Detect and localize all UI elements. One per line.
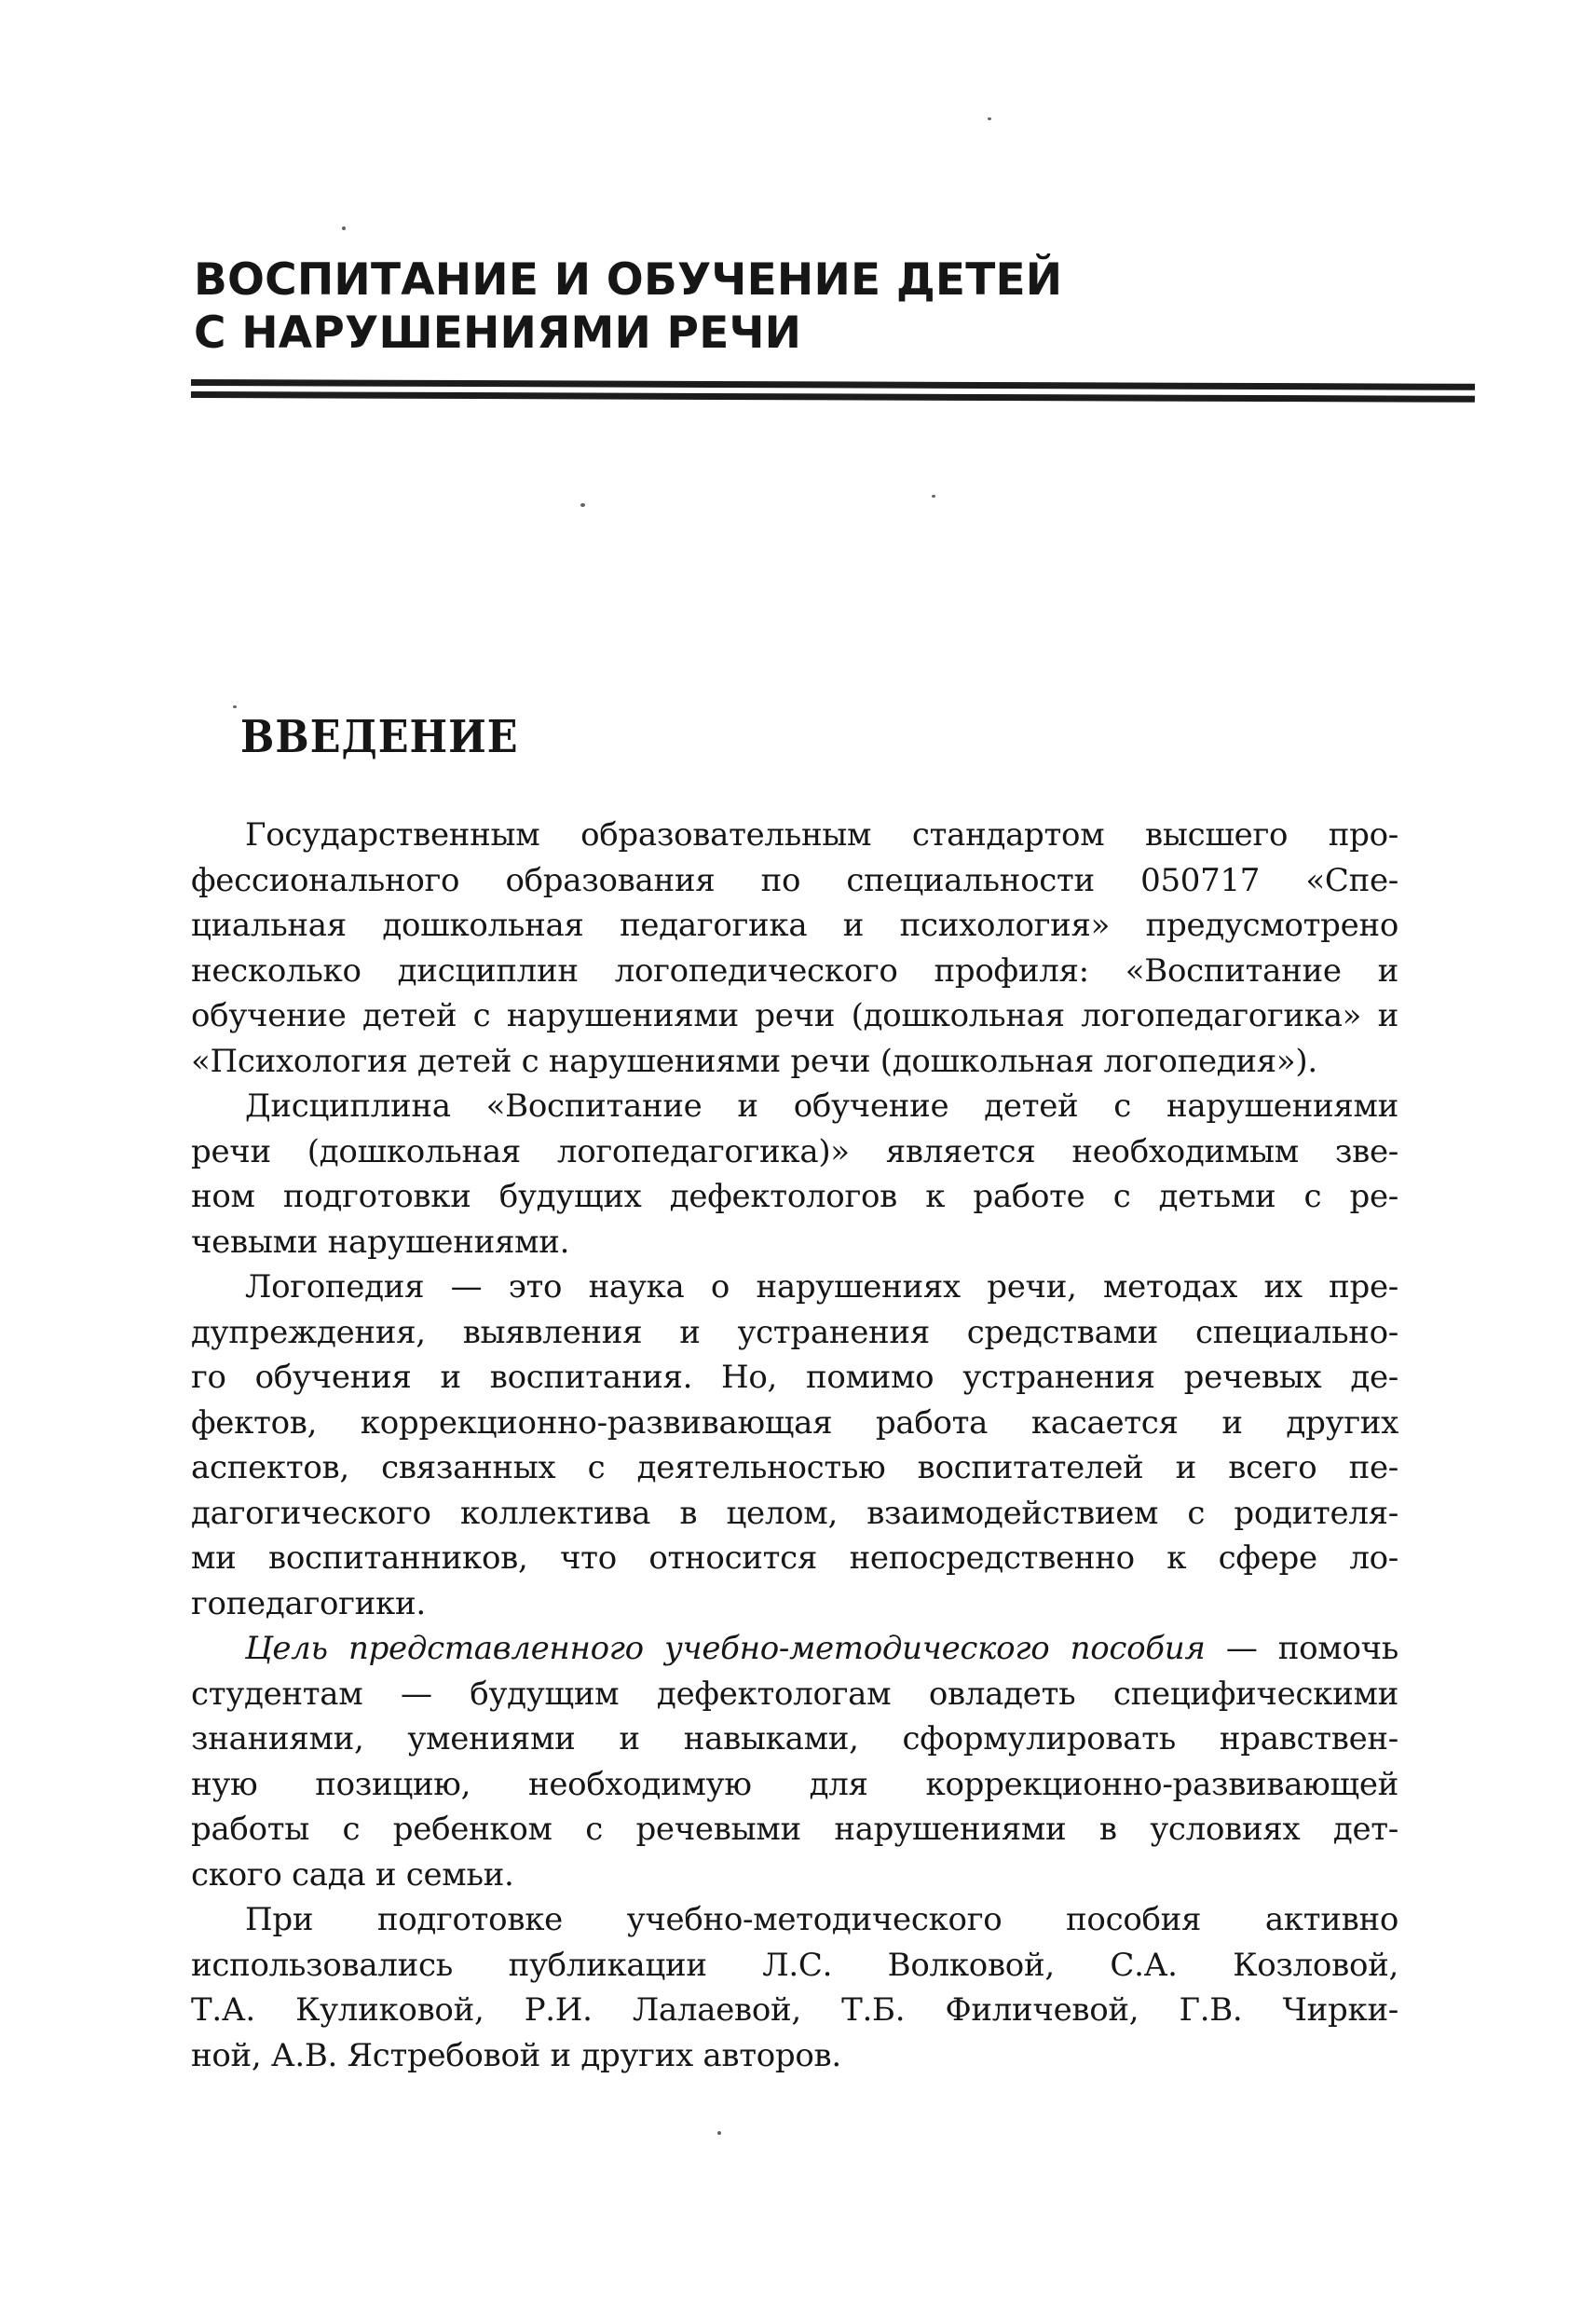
scan-speck — [717, 2131, 721, 2135]
text-segment: Логопедия — это наука о нарушениях речи,… — [245, 1268, 1398, 1306]
text-line: фессионального образования по специально… — [191, 858, 1398, 904]
text-line: Дисциплина «Воспитание и обучение детей … — [191, 1084, 1398, 1129]
text-segment: ми воспитанников, что относится непосред… — [191, 1539, 1398, 1577]
text-line: Логопедия — это наука о нарушениях речи,… — [191, 1265, 1398, 1310]
section-heading: ВВЕДЕНИЕ — [240, 716, 519, 760]
text-segment: — помочь — [1206, 1630, 1398, 1667]
text-segment: ной, А.В. Ястребовой и других авторов. — [191, 2037, 841, 2074]
text-line: знаниями, умениями и навыками, сформулир… — [191, 1716, 1398, 1762]
text-line: «Психология детей с нарушениями речи (до… — [191, 1039, 1398, 1085]
text-line: Т.А. Куликовой, Р.И. Лалаевой, Т.Б. Фили… — [191, 1988, 1398, 2033]
text-segment: При подготовке учебно-методического посо… — [245, 1901, 1398, 1938]
italic-text-segment: Цель представленного учебно-методическог… — [245, 1630, 1206, 1667]
text-segment: несколько дисциплин логопедического проф… — [191, 952, 1398, 990]
text-segment: фектов, коррекционно-развивающая работа … — [191, 1404, 1398, 1442]
text-line: ном подготовки будущих дефектологов к ра… — [191, 1174, 1398, 1220]
scan-speck — [932, 495, 935, 498]
text-line: циальная дошкольная педагогика и психоло… — [191, 903, 1398, 949]
text-segment: Т.А. Куликовой, Р.И. Лалаевой, Т.Б. Фили… — [191, 1991, 1398, 2029]
text-line: речи (дошкольная логопедагогика)» являет… — [191, 1129, 1398, 1175]
rule-bar-top — [191, 379, 1475, 390]
text-segment: дагогического коллектива в целом, взаимо… — [191, 1495, 1398, 1532]
text-segment: дупреждения, выявления и устранения сред… — [191, 1314, 1398, 1351]
text-segment: студентам — будущим дефектологам овладет… — [191, 1675, 1398, 1713]
text-line: чевыми нарушениями. — [191, 1220, 1398, 1265]
text-segment: фессионального образования по специально… — [191, 862, 1398, 899]
text-segment: Государственным образовательным стандарт… — [245, 816, 1398, 854]
text-line: использовались публикации Л.С. Волковой,… — [191, 1943, 1398, 1989]
text-line: При подготовке учебно-методического посо… — [191, 1897, 1398, 1943]
text-line: студентам — будущим дефектологам овладет… — [191, 1672, 1398, 1717]
text-line: ную позицию, необходимую для коррекционн… — [191, 1762, 1398, 1808]
text-line: несколько дисциплин логопедического проф… — [191, 949, 1398, 994]
text-line: фектов, коррекционно-развивающая работа … — [191, 1401, 1398, 1446]
paragraph: При подготовке учебно-методического посо… — [191, 1897, 1398, 2078]
text-segment: гопедагогики. — [191, 1585, 426, 1622]
chapter-title-line-1: ВОСПИТАНИЕ И ОБУЧЕНИЕ ДЕТЕЙ — [194, 253, 1062, 307]
chapter-title: ВОСПИТАНИЕ И ОБУЧЕНИЕ ДЕТЕЙ С НАРУШЕНИЯМ… — [194, 253, 1062, 360]
text-line: ми воспитанников, что относится непосред… — [191, 1536, 1398, 1581]
text-segment: «Психология детей с нарушениями речи (до… — [191, 1043, 1317, 1080]
rule-bar-bottom — [191, 391, 1475, 403]
text-line: Государственным образовательным стандарт… — [191, 813, 1398, 858]
text-line: аспектов, связанных с деятельностью восп… — [191, 1445, 1398, 1491]
text-segment: ского сада и семьи. — [191, 1856, 514, 1894]
text-segment: работы с ребенком с речевыми нарушениями… — [191, 1811, 1398, 1848]
text-line: го обучения и воспитания. Но, помимо уст… — [191, 1355, 1398, 1401]
paragraph: Государственным образовательным стандарт… — [191, 813, 1398, 1084]
text-segment: циальная дошкольная педагогика и психоло… — [191, 907, 1398, 944]
text-segment: чевыми нарушениями. — [191, 1224, 569, 1261]
scan-speck — [342, 226, 346, 230]
book-page: ВОСПИТАНИЕ И ОБУЧЕНИЕ ДЕТЕЙ С НАРУШЕНИЯМ… — [0, 0, 1596, 2311]
text-segment: знаниями, умениями и навыками, сформулир… — [191, 1720, 1398, 1757]
text-line: обучение детей с нарушениями речи (дошко… — [191, 993, 1398, 1039]
text-line: дупреждения, выявления и устранения сред… — [191, 1310, 1398, 1356]
scan-speck — [580, 503, 585, 507]
title-double-rule — [191, 379, 1475, 403]
text-segment: го обучения и воспитания. Но, помимо уст… — [191, 1359, 1398, 1396]
chapter-title-line-2: С НАРУШЕНИЯМИ РЕЧИ — [194, 307, 1062, 360]
introduction-text: Государственным образовательным стандарт… — [191, 813, 1398, 2078]
scan-speck — [988, 117, 991, 120]
text-segment: Дисциплина «Воспитание и обучение детей … — [245, 1087, 1398, 1125]
text-line: ной, А.В. Ястребовой и других авторов. — [191, 2033, 1398, 2079]
text-line: ского сада и семьи. — [191, 1853, 1398, 1898]
text-line: работы с ребенком с речевыми нарушениями… — [191, 1807, 1398, 1853]
paragraph: Логопедия — это наука о нарушениях речи,… — [191, 1265, 1398, 1626]
text-line: Цель представленного учебно-методическог… — [191, 1626, 1398, 1672]
text-segment: речи (дошкольная логопедагогика)» являет… — [191, 1133, 1398, 1170]
paragraph: Дисциплина «Воспитание и обучение детей … — [191, 1084, 1398, 1265]
text-segment: использовались публикации Л.С. Волковой,… — [191, 1947, 1398, 1984]
text-line: дагогического коллектива в целом, взаимо… — [191, 1491, 1398, 1537]
paragraph: Цель представленного учебно-методическог… — [191, 1626, 1398, 1897]
scan-speck — [233, 705, 237, 708]
text-line: гопедагогики. — [191, 1581, 1398, 1627]
text-segment: аспектов, связанных с деятельностью восп… — [191, 1449, 1398, 1486]
text-segment: обучение детей с нарушениями речи (дошко… — [191, 997, 1398, 1034]
text-segment: ную позицию, необходимую для коррекционн… — [191, 1766, 1398, 1803]
text-segment: ном подготовки будущих дефектологов к ра… — [191, 1178, 1398, 1215]
